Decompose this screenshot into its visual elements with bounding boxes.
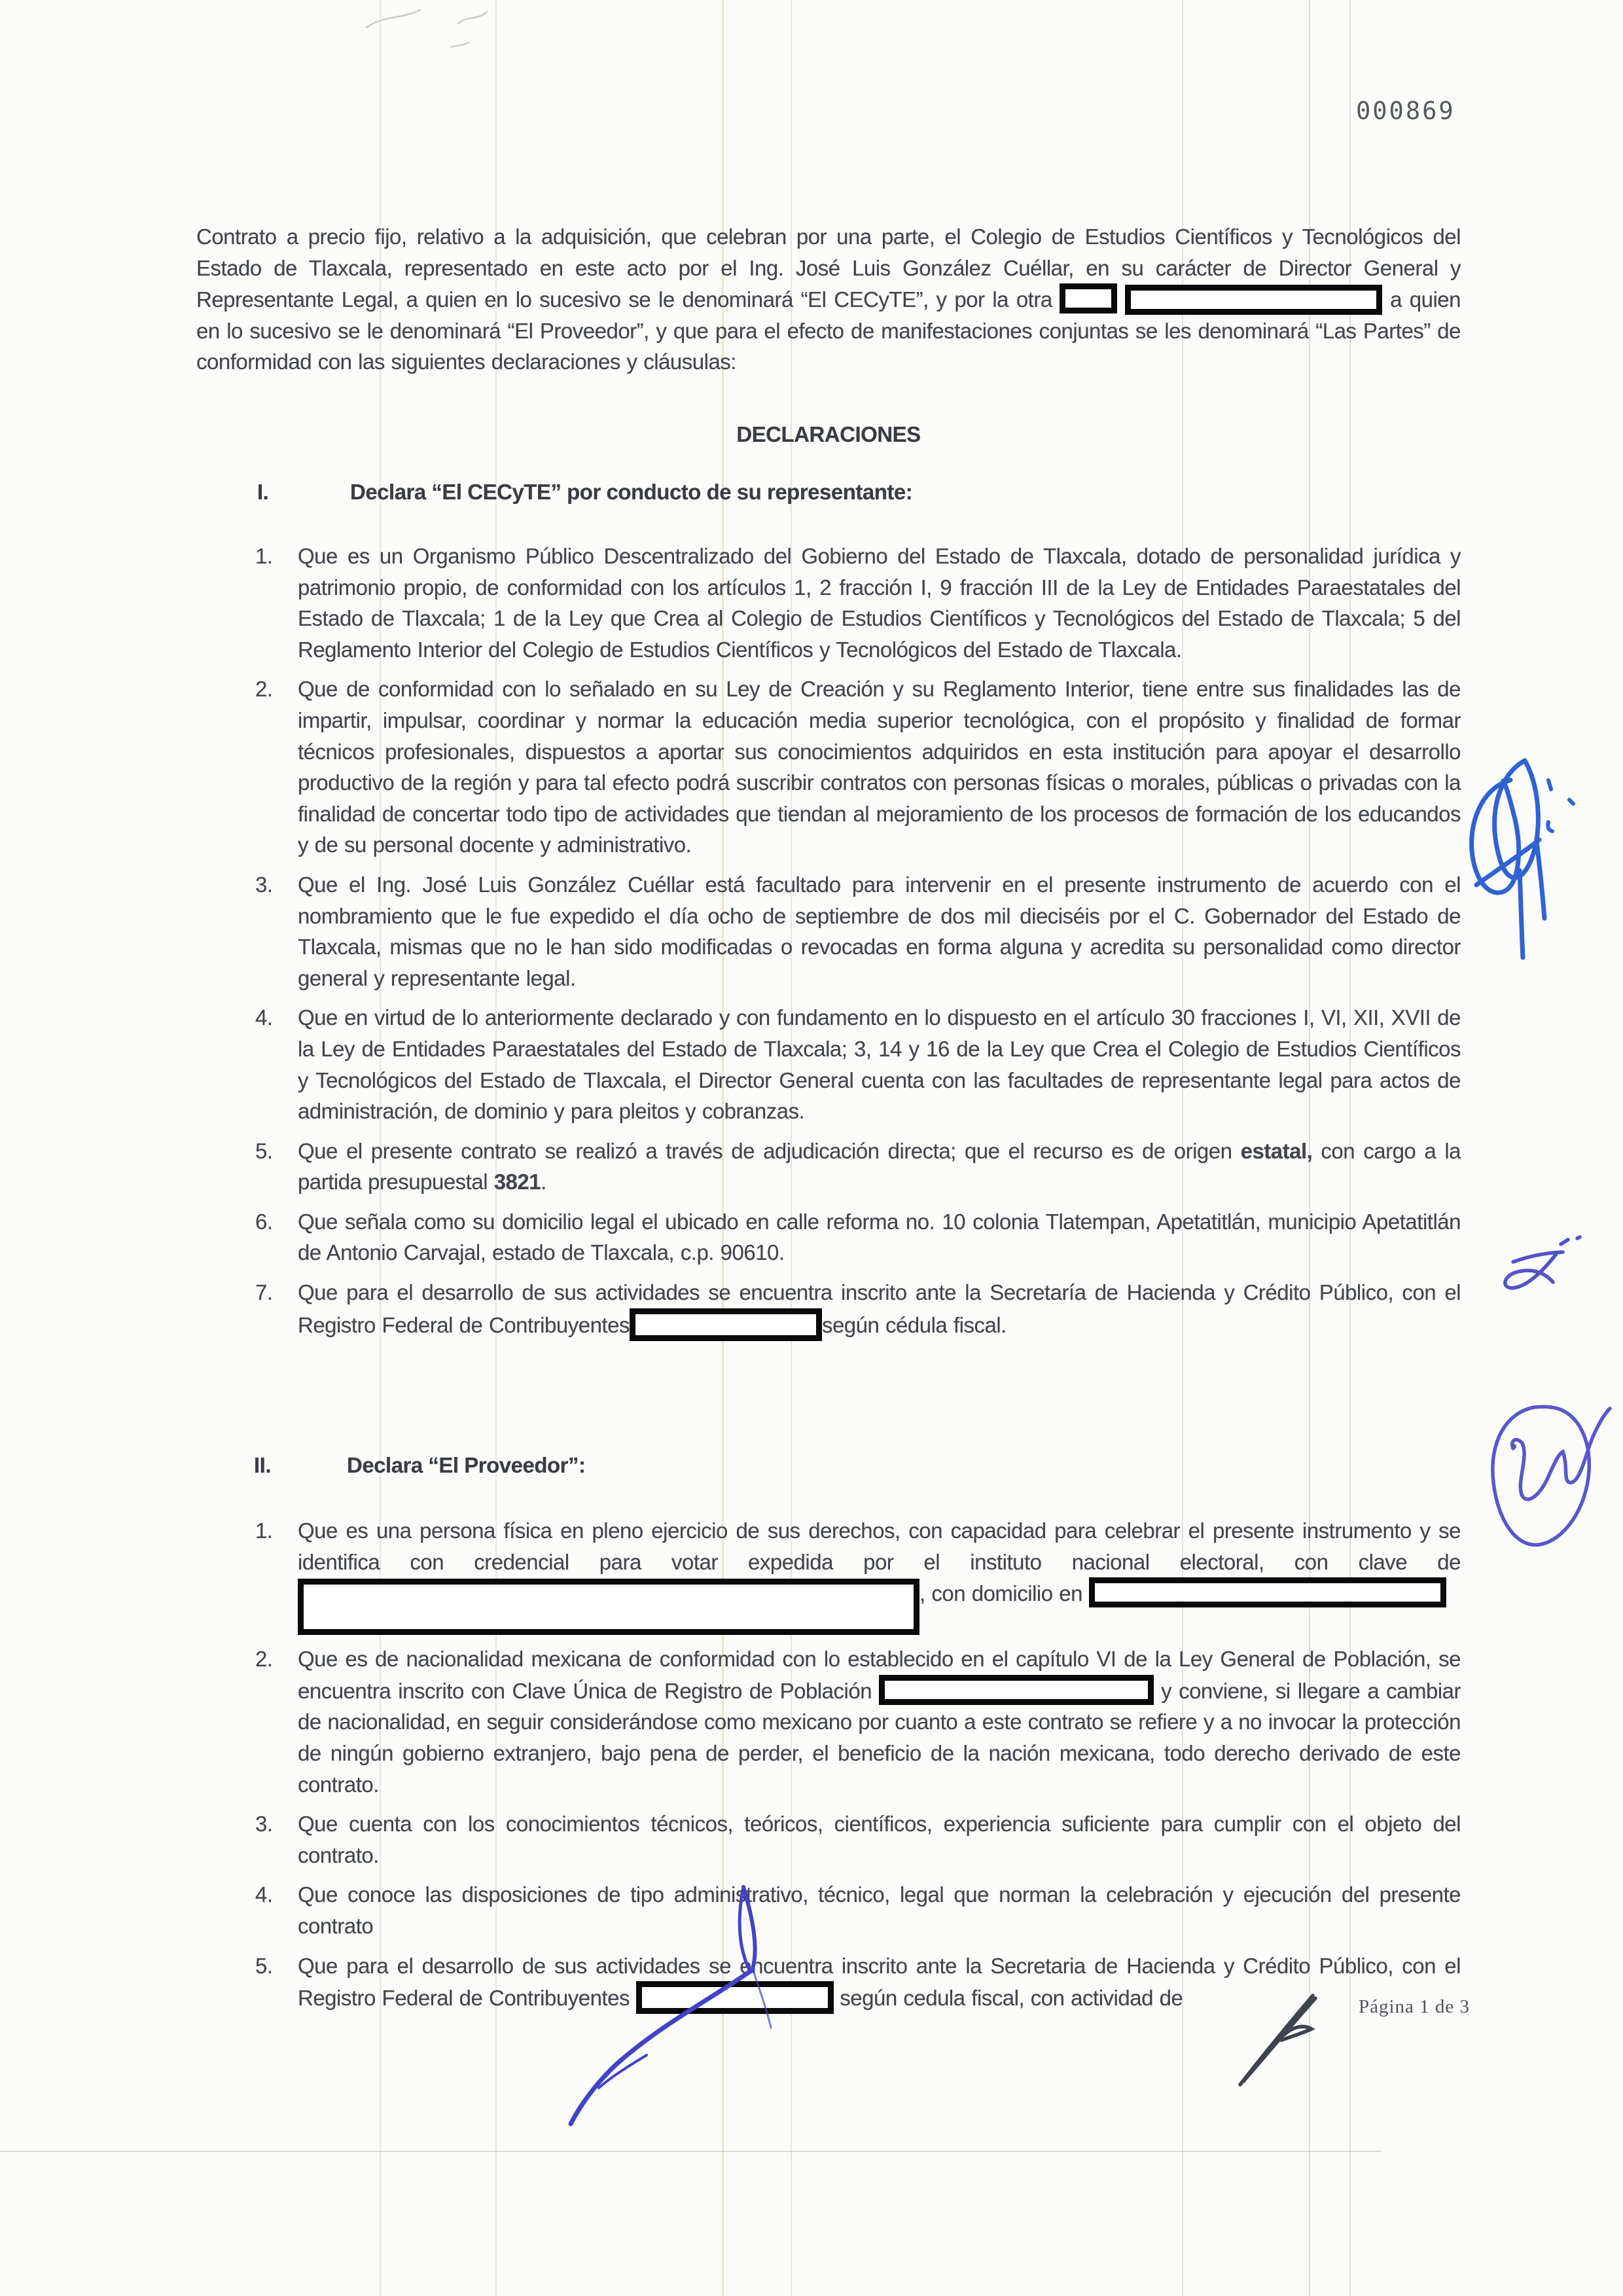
section-2-title: Declara “El Proveedor”: (347, 1453, 1492, 1478)
list-item: 4.Que conoce las disposiciones de tipo a… (298, 1879, 1461, 1941)
list-item: 7.Que para el desarrollo de sus activida… (298, 1277, 1461, 1341)
section-2-heading: II. Declara “El Proveedor”: (254, 1453, 1458, 1486)
list-item: 5.Que para el desarrollo de sus activida… (298, 1950, 1461, 2015)
section-1-numeral: I. (257, 480, 268, 505)
margin-oval-signature-icon (1493, 1407, 1610, 1545)
item-text: . (541, 1170, 546, 1194)
item-text: Que cuenta con los conocimientos técnico… (298, 1812, 1461, 1867)
item-number: 1. (255, 541, 291, 572)
section-1-title: Declara “El CECyTE” por conducto de su r… (350, 480, 1495, 505)
section-2-list: 1.Que es una persona física en pleno eje… (298, 1515, 1461, 2022)
scan-crease-line (0, 2151, 1381, 2152)
item-number: 1. (255, 1515, 291, 1547)
item-number: 4. (255, 1002, 291, 1033)
item-number: 5. (255, 1950, 291, 1982)
page-footer: Página 1 de 3 (1359, 1996, 1470, 2018)
list-item: 2.Que de conformidad con lo señalado en … (298, 673, 1461, 861)
item-text-bold: 3821 (494, 1170, 541, 1194)
list-item: 3.Que cuenta con los conocimientos técni… (298, 1808, 1461, 1871)
list-item: 1.Que es una persona física en pleno eje… (298, 1515, 1461, 1635)
section-1-list: 1.Que es un Organismo Público Descentral… (298, 541, 1461, 1350)
section-1-heading: I. Declara “El CECyTE” por conducto de s… (257, 480, 1461, 512)
item-text: Que conoce las disposiciones de tipo adm… (298, 1882, 1461, 1938)
item-number: 5. (255, 1136, 291, 1167)
item-number: 7. (255, 1277, 291, 1308)
item-text: Que de conformidad con lo señalado en su… (298, 677, 1461, 857)
item-text-bold: estatal, (1241, 1139, 1313, 1163)
redaction-box-rfc-cecyte (630, 1308, 822, 1341)
section-2-numeral: II. (254, 1453, 271, 1478)
list-item: 2.Que es de nacionalidad mexicana de con… (298, 1643, 1461, 1800)
redaction-box-rfc-provider (636, 1981, 834, 2014)
scanned-contract-page: 000869 Contrato a precio fijo, relativo … (0, 0, 1623, 2296)
pencil-marks (366, 10, 487, 47)
item-text: Que es una persona física en pleno ejerc… (298, 1518, 1461, 1574)
declaraciones-heading: DECLARACIONES (196, 422, 1461, 447)
list-item: 1.Que es un Organismo Público Descentral… (298, 541, 1461, 665)
item-number: 4. (255, 1879, 291, 1910)
list-item: 5.Que el presente contrato se realizó a … (298, 1136, 1461, 1198)
margin-initial-icon (1505, 1237, 1580, 1288)
margin-signature-icon (1472, 761, 1573, 958)
redaction-box-curp (879, 1675, 1154, 1705)
stamp-page-number: 000869 (1356, 97, 1455, 125)
redaction-box-other-party (1060, 283, 1117, 314)
intro-paragraph: Contrato a precio fijo, relativo a la ad… (196, 221, 1461, 378)
redaction-box-provider-name (1125, 285, 1382, 315)
item-text: según cedula fiscal, con actividad de (834, 1986, 1183, 2010)
redaction-box-address (1089, 1577, 1446, 1607)
redaction-box-voter-id (298, 1579, 919, 1635)
item-text: Que en virtud de lo anteriormente declar… (298, 1005, 1461, 1123)
item-number: 3. (255, 1808, 291, 1840)
item-text: Que es un Organismo Público Descentraliz… (298, 544, 1461, 662)
item-text: , con domicilio en (919, 1581, 1089, 1605)
item-text: según cédula fiscal. (822, 1313, 1007, 1337)
item-number: 6. (255, 1206, 291, 1238)
list-item: 6.Que señala como su domicilio legal el … (298, 1206, 1461, 1268)
list-item: 4.Que en virtud de lo anteriormente decl… (298, 1002, 1461, 1126)
item-number: 2. (255, 1643, 291, 1675)
item-text: Que el Ing. José Luis González Cuéllar e… (298, 872, 1461, 990)
item-number: 2. (255, 673, 291, 705)
list-item: 3.Que el Ing. José Luis González Cuéllar… (298, 869, 1461, 994)
item-number: 3. (255, 869, 291, 901)
item-text: Que señala como su domicilio legal el ub… (298, 1210, 1461, 1265)
item-text: Que el presente contrato se realizó a tr… (298, 1139, 1241, 1163)
